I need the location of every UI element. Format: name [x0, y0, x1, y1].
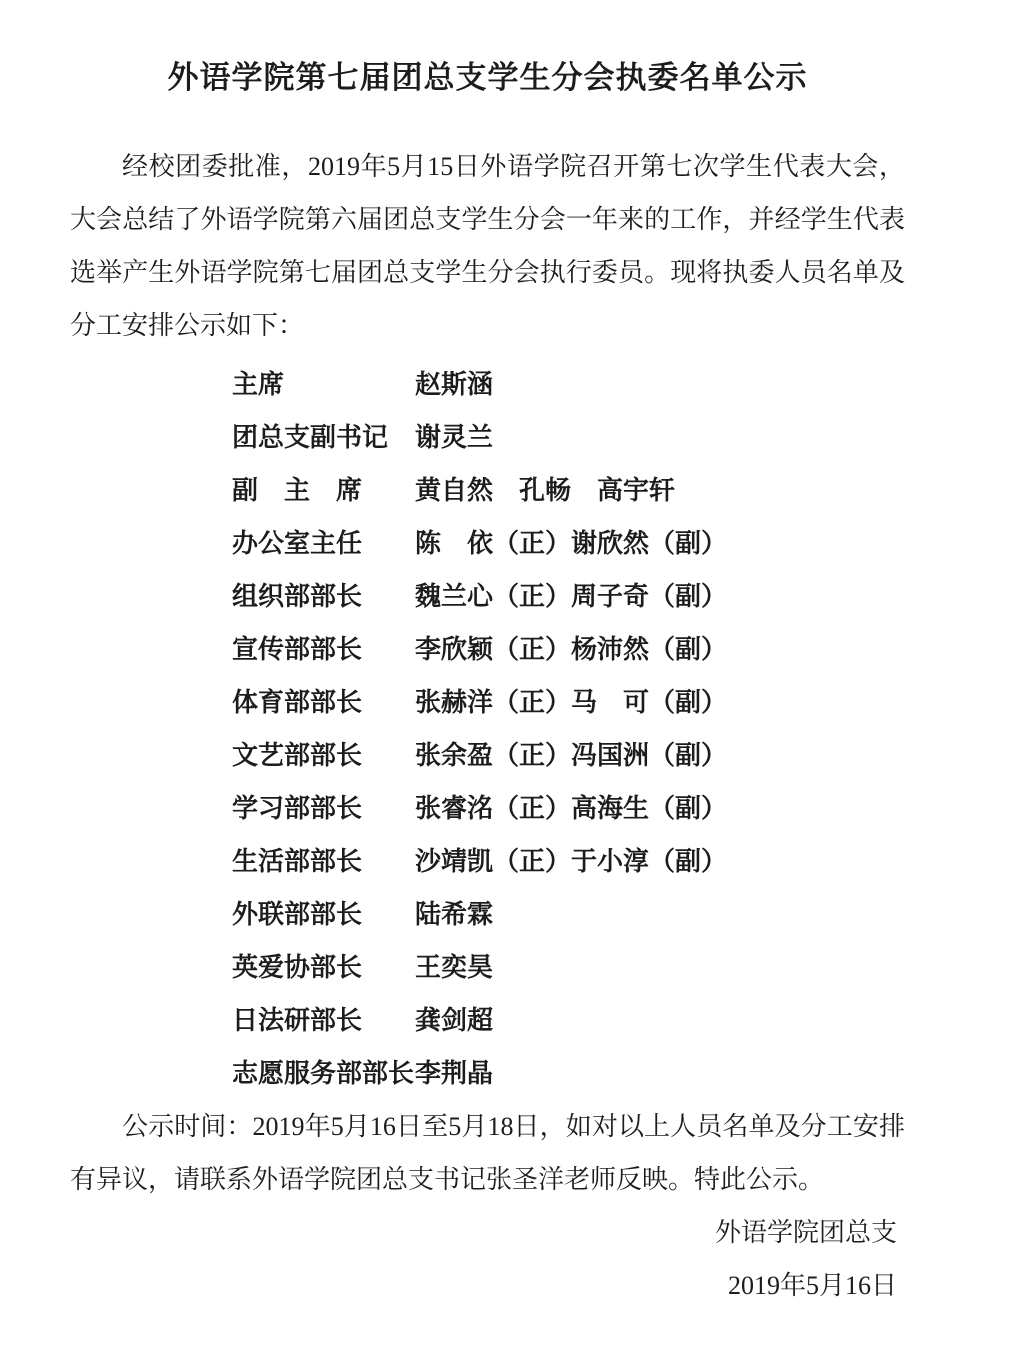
page-title: 外语学院第七届团总支学生分会执委名单公示: [70, 58, 905, 98]
roster-names: 李荆晶: [415, 1047, 905, 1100]
roster-role: 体育部部长: [232, 676, 415, 729]
announcement-document: 外语学院第七届团总支学生分会执委名单公示 经校团委批准，2019年5月15日外语…: [0, 0, 1011, 1351]
roster-list: 主席 赵斯涵 团总支副书记 谢灵兰 副 主 席 黄自然 孔畅 高宇轩 办公室主任…: [232, 358, 905, 1100]
roster-row-chairman: 主席 赵斯涵: [232, 358, 905, 411]
signature-organization: 外语学院团总支: [70, 1206, 897, 1259]
roster-row-sports-dept: 体育部部长 张赫洋（正）马 可（副）: [232, 676, 905, 729]
roster-names: 张余盈（正）冯国洲（副）: [415, 729, 905, 782]
roster-role: 副 主 席: [232, 464, 415, 517]
roster-names: 沙靖凯（正）于小淳（副）: [415, 835, 905, 888]
roster-names: 陆希霖: [415, 888, 905, 941]
signature-date: 2019年5月16日: [70, 1259, 897, 1312]
roster-role: 外联部部长: [232, 888, 415, 941]
roster-row-publicity-dept: 宣传部部长 李欣颖（正）杨沛然（副）: [232, 623, 905, 676]
roster-row-japanese-french-research: 日法研部长 龚剑超: [232, 994, 905, 1047]
roster-names: 谢灵兰: [415, 411, 905, 464]
roster-names: 张睿洺（正）高海生（副）: [415, 782, 905, 835]
roster-names: 赵斯涵: [415, 358, 905, 411]
roster-row-deputy-secretary: 团总支副书记 谢灵兰: [232, 411, 905, 464]
notice-paragraph: 公示时间：2019年5月16日至5月18日，如对以上人员名单及分工安排有异议，请…: [70, 1100, 905, 1206]
roster-row-external-liaison-dept: 外联部部长 陆希霖: [232, 888, 905, 941]
roster-names: 龚剑超: [415, 994, 905, 1047]
signature-block: 外语学院团总支 2019年5月16日: [70, 1206, 905, 1312]
roster-row-office-director: 办公室主任 陈 依（正）谢欣然（副）: [232, 517, 905, 570]
intro-paragraph: 经校团委批准，2019年5月15日外语学院召开第七次学生代表大会，大会总结了外语…: [70, 140, 905, 352]
roster-role: 学习部部长: [232, 782, 415, 835]
roster-role: 组织部部长: [232, 570, 415, 623]
roster-role: 志愿服务部部长: [232, 1047, 415, 1100]
roster-names: 李欣颖（正）杨沛然（副）: [415, 623, 905, 676]
roster-row-study-dept: 学习部部长 张睿洺（正）高海生（副）: [232, 782, 905, 835]
roster-row-organization-dept: 组织部部长 魏兰心（正）周子奇（副）: [232, 570, 905, 623]
roster-names: 黄自然 孔畅 高宇轩: [415, 464, 905, 517]
roster-row-volunteer-service-dept: 志愿服务部部长 李荆晶: [232, 1047, 905, 1100]
roster-names: 魏兰心（正）周子奇（副）: [415, 570, 905, 623]
roster-names: 王奕昊: [415, 941, 905, 994]
roster-role: 生活部部长: [232, 835, 415, 888]
roster-role: 日法研部长: [232, 994, 415, 1047]
roster-row-english-association: 英爱协部长 王奕昊: [232, 941, 905, 994]
roster-role: 文艺部部长: [232, 729, 415, 782]
roster-row-vice-chairmen: 副 主 席 黄自然 孔畅 高宇轩: [232, 464, 905, 517]
roster-role: 团总支副书记: [232, 411, 415, 464]
roster-names: 张赫洋（正）马 可（副）: [415, 676, 905, 729]
roster-row-life-dept: 生活部部长 沙靖凯（正）于小淳（副）: [232, 835, 905, 888]
roster-row-arts-dept: 文艺部部长 张余盈（正）冯国洲（副）: [232, 729, 905, 782]
roster-names: 陈 依（正）谢欣然（副）: [415, 517, 905, 570]
roster-role: 英爱协部长: [232, 941, 415, 994]
roster-role: 宣传部部长: [232, 623, 415, 676]
roster-role: 办公室主任: [232, 517, 415, 570]
roster-role: 主席: [232, 358, 415, 411]
